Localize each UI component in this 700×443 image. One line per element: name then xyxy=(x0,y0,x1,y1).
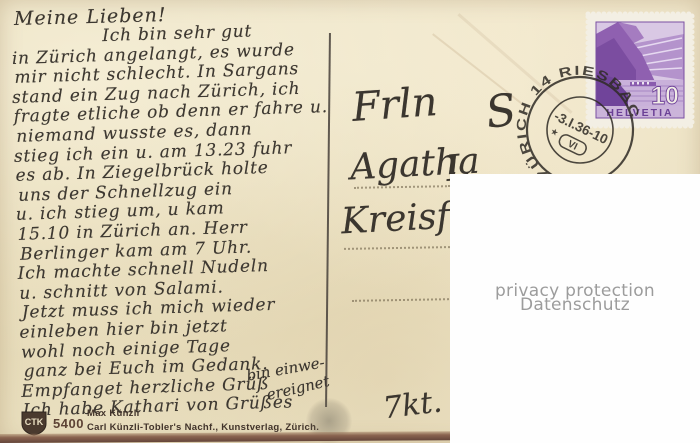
postmark-code: VI xyxy=(566,139,580,153)
privacy-line-de: Datenschutz xyxy=(450,298,700,312)
postcard-back: Meine Lieben! Ich bin sehr gut in Zürich… xyxy=(0,0,700,443)
address-title: Frln xyxy=(350,79,438,131)
privacy-overlay-text: privacy protection Datenschutz xyxy=(450,284,700,312)
publisher-number: 5400 xyxy=(53,416,84,431)
address-line-rule xyxy=(354,185,450,189)
address-line-rule xyxy=(352,298,452,302)
publisher-monogram: CTK xyxy=(25,417,44,427)
address-line-rule xyxy=(344,246,450,250)
publisher-logo: CTK xyxy=(20,408,48,436)
publisher-name: Max Künzli xyxy=(87,407,407,421)
postmark-star: ★ xyxy=(548,127,560,140)
publisher-lines: Max Künzli Carl Künzli-Tobler's Nachf., … xyxy=(87,407,407,434)
card-bottom-edge xyxy=(0,431,452,443)
privacy-overlay: privacy protection Datenschutz xyxy=(450,174,700,443)
